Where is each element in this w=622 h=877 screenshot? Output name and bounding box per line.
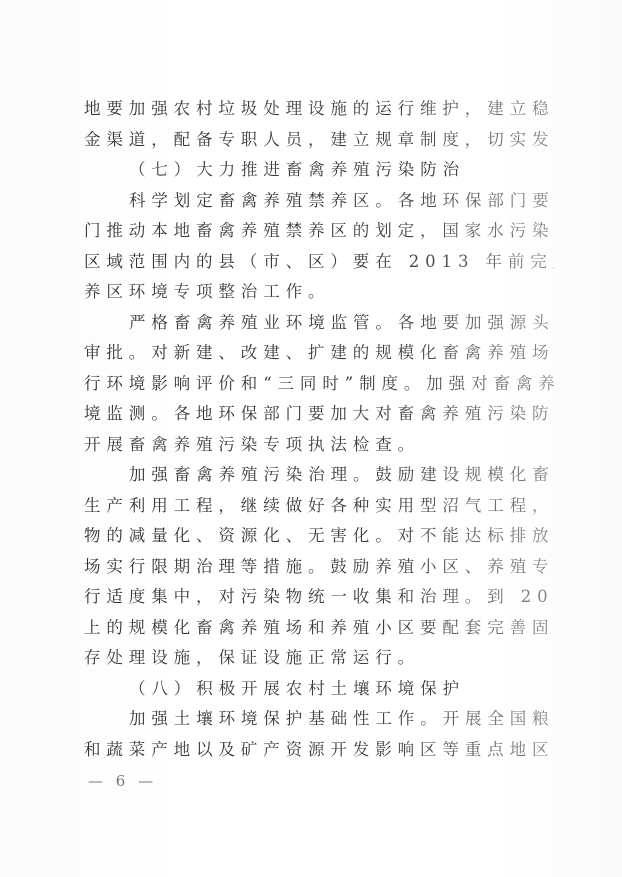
text-line: 区域范围内的县（市、区）要在 2013 年前完成禁养区划定，开展禁 [84,247,554,278]
text-line: 金渠道，配备专职人员，建立规章制度，切实发挥处理设施的效益。 [84,125,554,156]
text-line: 和蔬菜产地以及矿产资源开发影响区等重点地区土壤污染加密调 [84,735,554,766]
text-line: 科学划定畜禽养殖禁养区。各地环保部门要积极会同有关部 [84,186,554,217]
text-line: 境监测。各地环保部门要加大对畜禽养殖污染防治的督查力度， [84,399,554,430]
text-line: 生产利用工程，继续做好各种实用型沼气工程，实现畜禽养殖废弃 [84,491,554,522]
section-heading-7: （七）大力推进畜禽养殖污染防治 [84,155,554,186]
text-line: 门推动本地畜禽养殖禁养区的划定，国家水污染防治重点流域和 [84,216,554,247]
text-line: 养区环境专项整治工作。 [84,277,554,308]
section-heading-8: （八）积极开展农村土壤环境保护 [84,674,554,705]
text-line: 行适度集中，对污染物统一收集和治理。到 2015 年，全国 80％以 [84,582,554,613]
text-line: 严格畜禽养殖业环境监管。各地要加强源头控制，严格环保 [84,308,554,339]
page-number: — 6 — [88,772,157,790]
text-line: 物的减量化、资源化、无害化。对不能达标排放的规模化畜禽养殖 [84,521,554,552]
text-line: 场实行限期治理等措施。鼓励养殖小区、养殖专业户和散养户进 [84,552,554,583]
text-line: 上的规模化畜禽养殖场和养殖小区要配套完善固体废物和污水贮 [84,613,554,644]
text-line: 开展畜禽养殖污染专项执法检查。 [84,430,554,461]
text-line: 存处理设施，保证设施正常运行。 [84,643,554,674]
text-line: 行环境影响评价和“三同时”制度。加强对畜禽养殖集中区域的环 [84,369,554,400]
document-page: 地要加强农村垃圾处理设施的运行维护，建立稳定的运行维护资 金渠道，配备专职人员，… [0,0,622,877]
text-line: 加强畜禽养殖污染治理。鼓励建设规模化畜禽养殖场有机肥 [84,460,554,491]
text-line: 加强土壤环境保护基础性工作。开展全国粮食主产区、瓜果 [84,704,554,735]
text-line: 审批。对新建、改建、扩建的规模化畜禽养殖场（小区）必须严格执 [84,338,554,369]
document-body: 地要加强农村垃圾处理设施的运行维护，建立稳定的运行维护资 金渠道，配备专职人员，… [84,94,554,765]
text-line: 地要加强农村垃圾处理设施的运行维护，建立稳定的运行维护资 [84,94,554,125]
